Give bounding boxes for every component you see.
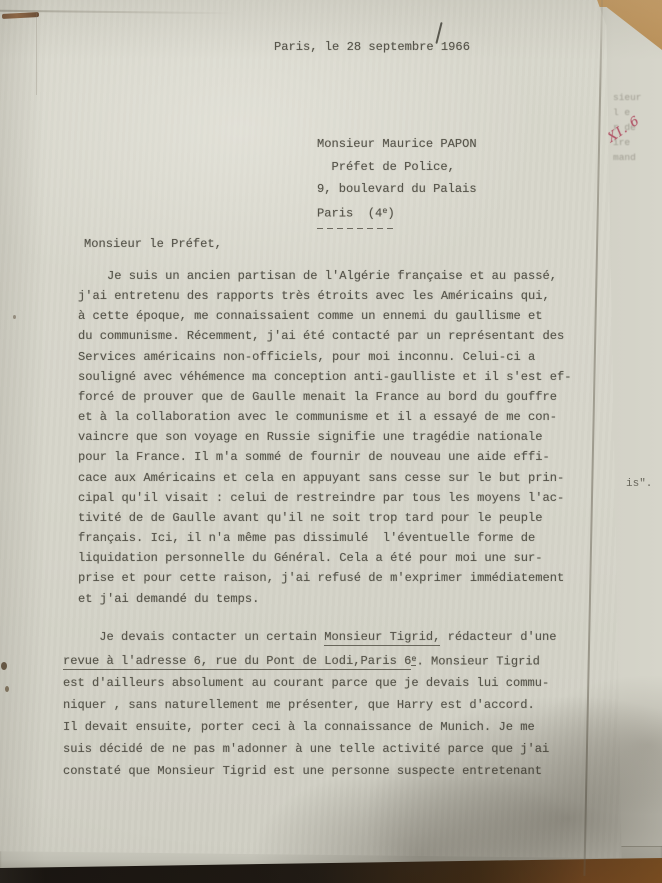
letter-line: Il devait ensuite, porter ceci à la conn…	[63, 717, 557, 739]
letter-line: forcé de prouver que de Gaulle menait la…	[78, 387, 572, 407]
letter-line: tivité de de Gaulle avant qu'il ne soit …	[78, 508, 572, 528]
letter-line: constaté que Monsieur Tigrid est une per…	[63, 761, 557, 783]
letter-line: 9, boulevard du Palais	[317, 178, 477, 201]
letter-line: pour la France. Il m'a sommé de fournir …	[78, 447, 572, 467]
letter-line: Paris (4e)	[317, 200, 395, 229]
letter-photo: sieurl er deiremand XI. 6 is". Paris, le…	[0, 0, 662, 883]
recipient-city-line: Paris (4e)	[317, 200, 395, 229]
letter-line: Préfet de Police,	[317, 156, 477, 179]
letter-line: liquidation personnelle du Général. Cela…	[78, 548, 572, 568]
letter-paragraph-2: Je devais contacter un certain Monsieur …	[63, 627, 557, 783]
letter-line: j'ai entretenu des rapports très étroits…	[78, 286, 572, 306]
letter-line: prise et pour cette raison, j'ai refusé …	[78, 568, 572, 588]
letter-line: revue à l'adresse 6, rue du Pont de Lodi…	[63, 649, 557, 673]
letter-paragraph-1: Je suis un ancien partisan de l'Algérie …	[78, 266, 572, 609]
salutation: Monsieur le Préfet,	[84, 237, 222, 251]
letter-line: souligné avec véhémence ma conception an…	[78, 367, 572, 387]
letter-line: et j'ai demandé du temps.	[78, 589, 572, 609]
underlined-text: Monsieur Tigrid,	[324, 630, 440, 646]
margin-stain	[5, 686, 9, 692]
recipient-address: Monsieur Maurice PAPON Préfet de Police,…	[317, 133, 477, 201]
letter-line: à cette époque, me connaissaient comme u…	[78, 306, 572, 326]
margin-stain	[1, 662, 7, 670]
letter-line: Monsieur Maurice PAPON	[317, 133, 477, 156]
letter-line: est d'ailleurs absolument au courant par…	[63, 673, 557, 695]
letter-line: vaincre que son voyage en Russie signifi…	[78, 427, 572, 447]
letter-line: sieur	[613, 90, 659, 105]
letter-line: Je suis un ancien partisan de l'Algérie …	[78, 266, 572, 286]
fold-crease-vertical	[36, 13, 37, 95]
margin-stain	[13, 315, 16, 319]
text-segment: )	[387, 207, 394, 221]
dateline: Paris, le 28 septembre 1966	[274, 40, 470, 54]
letter-line: cace aux Américains et cela en appuyant …	[78, 468, 572, 488]
letter-line: niquer , sans naturellement me présenter…	[63, 695, 557, 717]
letter-line: mand	[613, 150, 659, 165]
text-segment: Je devais contacter un certain	[63, 630, 324, 644]
letter-line: Services américains non-officiels, pour …	[78, 347, 572, 367]
text-segment: Paris (4	[317, 207, 382, 221]
text-segment: rédacteur d'une	[440, 630, 556, 644]
letter-line: Je devais contacter un certain Monsieur …	[63, 627, 557, 649]
letter-line: cipal qu'il visait : celui de restreindr…	[78, 488, 572, 508]
second-sheet-fragment: is".	[626, 478, 652, 490]
staple-mark	[2, 12, 39, 19]
letter-line: français. Ici, il n'a même pas dissimulé…	[78, 528, 572, 548]
text-segment: . Monsieur Tigrid	[416, 654, 539, 668]
letter-line: suis décidé de ne pas m'adonner à une te…	[63, 739, 557, 761]
letter-page: Paris, le 28 septembre 1966 Monsieur Mau…	[0, 0, 662, 883]
letter-line: du communisme. Récemment, j'ai été conta…	[78, 326, 572, 346]
letter-line: et à la collaboration avec le communisme…	[78, 407, 572, 427]
underlined-text: revue à l'adresse 6, rue du Pont de Lodi…	[63, 654, 411, 670]
